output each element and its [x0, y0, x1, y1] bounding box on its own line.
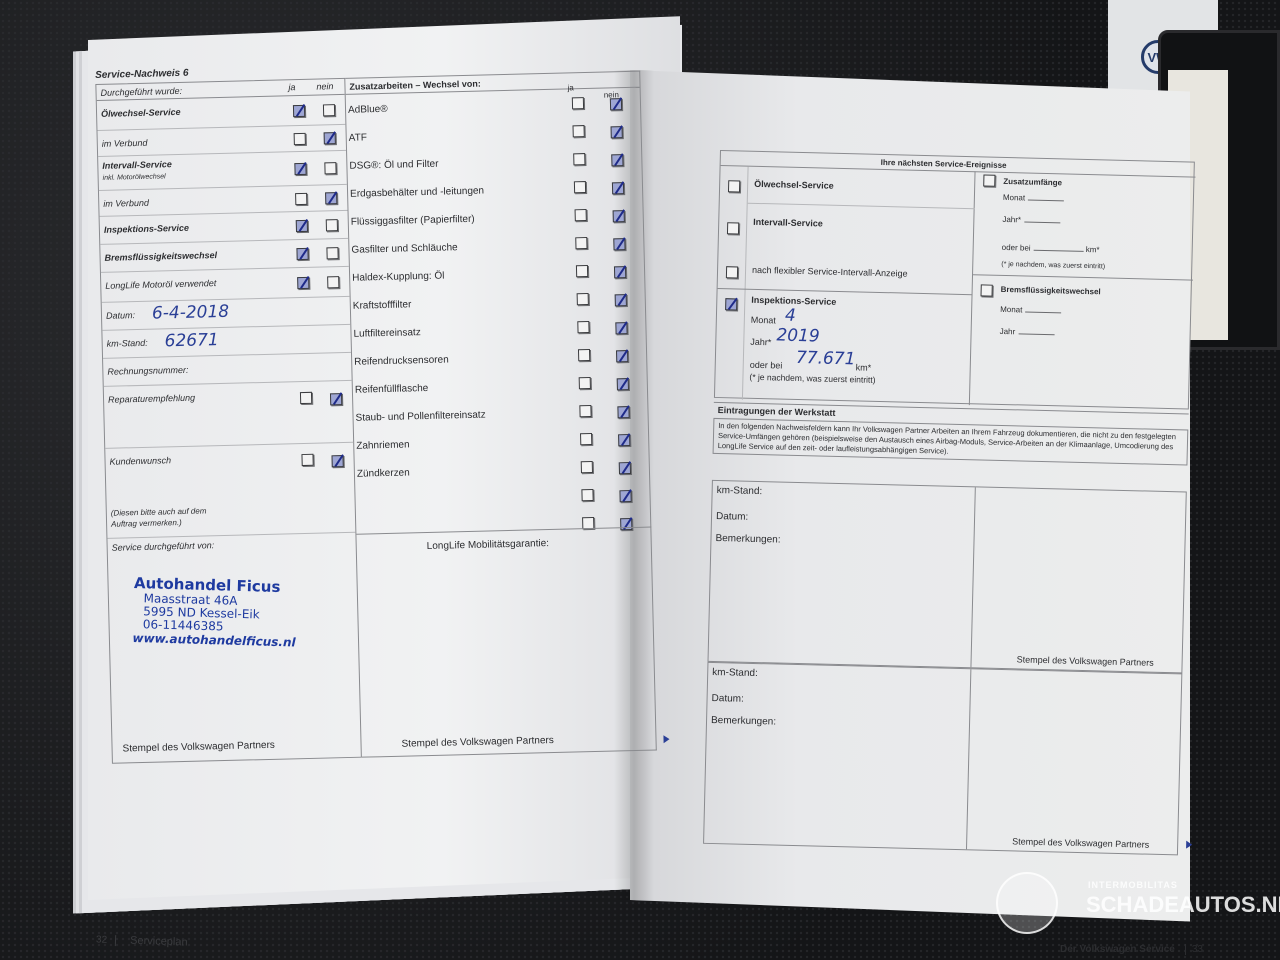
additional-work-label: Zündkerzen: [357, 467, 410, 479]
entry2-km-label: km-Stand:: [712, 667, 758, 679]
additional-work-label: DSG®: Öl und Filter: [349, 159, 438, 172]
ja-checkbox[interactable]: [574, 181, 586, 193]
watermark: INTERMOBILITAS SCHADEAUTOS.NL: [996, 872, 1280, 952]
km-label: km-Stand:: [107, 338, 148, 349]
entry-divider: [966, 669, 971, 849]
next-page-arrow-icon: [663, 735, 669, 743]
service-record-form: Service-Nachweis 6 Durchgeführt wurde: j…: [95, 57, 662, 760]
ja-checkbox[interactable]: [579, 377, 591, 389]
nein-checkbox[interactable]: [613, 210, 625, 222]
brake-month-text: Monat: [1000, 305, 1022, 315]
flexible-interval-label: nach flexibler Service-Intervall-Anzeige: [752, 265, 908, 279]
next-service-right: Zusatzumfänge Monat Jahr* oder bei km* (…: [970, 171, 1196, 410]
additional-work-label: Reifenfüllflasche: [355, 383, 429, 396]
entry2-date-label: Datum:: [711, 693, 743, 705]
nein-checkbox[interactable]: [614, 266, 626, 278]
ja-checkbox[interactable]: [575, 237, 587, 249]
nein-checkbox[interactable]: [323, 104, 335, 116]
footer-title-left: Serviceplan: [130, 935, 188, 949]
ja-checkbox[interactable]: [296, 248, 308, 260]
additional-work-column: Zusatzarbeiten – Wechsel von: ja nein Ad…: [345, 71, 657, 758]
ja-checkbox[interactable]: [293, 105, 305, 117]
ja-checkbox[interactable]: [578, 349, 590, 361]
next-service-left: Ölwechsel-Service Intervall-Service nach…: [715, 165, 976, 405]
ja-header: ja: [288, 82, 295, 92]
nein-checkbox[interactable]: [611, 154, 623, 166]
nein-checkbox[interactable]: [325, 192, 337, 204]
ja-checkbox[interactable]: [579, 405, 591, 417]
nein-checkbox[interactable]: [611, 126, 623, 138]
month-blank: [1028, 200, 1064, 202]
oil-change-checkbox[interactable]: [728, 180, 740, 192]
datum-handwritten: 6-4-2018: [152, 302, 230, 324]
entry1-km-label: km-Stand:: [717, 485, 763, 497]
ja-checkbox[interactable]: [296, 220, 308, 232]
additional-scope-label: Zusatzumfänge: [1003, 177, 1062, 187]
ja-checkbox[interactable]: [576, 265, 588, 277]
workshop-entry-1: km-Stand: Datum: Bemerkungen: Stempel de…: [707, 480, 1186, 674]
entry1-remarks-label: Bemerkungen:: [715, 533, 780, 546]
nein-checkbox[interactable]: [613, 238, 625, 250]
performed-services-column: Durchgeführt wurde: ja nein Ölwechsel-Se…: [95, 78, 362, 764]
service-row-label: Intervall-Service: [102, 159, 172, 171]
year-text: Jahr*: [1002, 215, 1021, 224]
repair-nein-checkbox[interactable]: [330, 393, 342, 405]
nein-checkbox[interactable]: [617, 406, 629, 418]
page-number-left: 32: [96, 934, 116, 946]
additional-work-label: ATF: [349, 132, 367, 143]
entry-divider: [970, 487, 975, 667]
ja-checkbox[interactable]: [297, 277, 309, 289]
nein-checkbox[interactable]: [615, 294, 627, 306]
additional-work-label: Kraftstofffilter: [353, 299, 412, 311]
nein-checkbox[interactable]: [324, 162, 336, 174]
stamp-caption: Stempel des Volkswagen Partners: [122, 740, 275, 755]
nein-checkbox[interactable]: [610, 98, 622, 110]
inspection-note: (* je nachdem, was zuerst eintritt): [749, 372, 875, 385]
watermark-brand: SCHADEAUTOS.NL: [1086, 892, 1280, 918]
service-row-label: LongLife Motoröl verwendet: [105, 278, 216, 291]
inspection-km-value: 77.671: [796, 348, 856, 369]
entry2-remarks-label: Bemerkungen:: [711, 715, 776, 728]
customer-nein-checkbox[interactable]: [331, 455, 343, 467]
datum-label: Datum:: [106, 310, 135, 321]
stamp-caption-2: Stempel des Volkswagen Partners: [401, 735, 554, 750]
divider: [973, 274, 1193, 280]
inspection-km-unit: km*: [856, 362, 872, 372]
brake-year-text: Jahr: [1000, 327, 1016, 336]
brake-year-blank: [1018, 333, 1054, 335]
ja-checkbox[interactable]: [577, 293, 589, 305]
repair-row: Reparaturempfehlung: [104, 381, 353, 449]
checkbox-gutter: [715, 166, 749, 400]
service-row-label: im Verbund: [102, 138, 148, 149]
divider: [748, 203, 975, 210]
repair-ja-checkbox[interactable]: [300, 392, 312, 404]
additional-work-label: Haldex-Kupplung: Öl: [352, 271, 445, 284]
additional-work-label: Gasfilter und Schläuche: [351, 242, 457, 256]
km-pre-text: oder bei: [1002, 243, 1031, 253]
flexible-interval-checkbox[interactable]: [726, 266, 738, 278]
additional-work-label: AdBlue®: [348, 104, 388, 116]
ja-checkbox[interactable]: [580, 433, 592, 445]
km-handwritten: 62671: [164, 330, 219, 351]
service-by-label: Service durchgeführt von:: [112, 540, 215, 553]
watermark-small-text: INTERMOBILITAS: [1088, 880, 1178, 890]
nein-checkbox[interactable]: [324, 132, 336, 144]
month-text: Monat: [1003, 193, 1025, 203]
ja-checkbox[interactable]: [581, 461, 593, 473]
customer-request-label: Kundenwunsch: [109, 455, 171, 467]
additional-year-label: Jahr*: [1002, 215, 1060, 225]
additional-km-label: oder bei km*: [1002, 243, 1100, 254]
ja-checkbox[interactable]: [294, 163, 306, 175]
km-unit-text: km*: [1086, 245, 1100, 254]
ja-checkbox[interactable]: [577, 321, 589, 333]
nein-checkbox[interactable]: [617, 378, 629, 390]
inspection-km-label: oder bei: [750, 360, 783, 371]
globe-icon: [996, 872, 1058, 934]
additional-work-title: Zusatzarbeiten – Wechsel von:: [349, 79, 481, 92]
invoice-label: Rechnungsnummer:: [107, 365, 188, 377]
inspection-month-label: Monat: [751, 315, 776, 326]
dealer-stamp: Autohandel Ficus Maasstraat 46A 5995 ND …: [132, 574, 297, 650]
next-service-box: Ihre nächsten Service-Ereignisse Ölwechs…: [714, 150, 1195, 410]
customer-request-row: Kundenwunsch (Diesen bitte auch auf dem …: [105, 443, 355, 539]
ja-checkbox[interactable]: [573, 153, 585, 165]
additional-note: (* je nachdem, was zuerst eintritt): [1001, 261, 1105, 271]
brake-month-blank: [1025, 312, 1061, 314]
inspection-checkbox[interactable]: [725, 298, 737, 310]
additional-work-label: Staub- und Pollenfiltereinsatz: [355, 410, 485, 424]
workshop-entry-2: km-Stand: Datum: Bemerkungen: Stempel de…: [703, 662, 1182, 856]
service-row-label: im Verbund: [103, 198, 149, 209]
service-row-sublabel: inkl. Motorölwechsel: [103, 173, 166, 182]
nein-checkbox[interactable]: [618, 434, 630, 446]
inspection-year-value: 2019: [776, 325, 820, 346]
ja-checkbox[interactable]: [581, 489, 593, 501]
entry2-stamp-caption: Stempel des Volkswagen Partners: [1012, 836, 1149, 849]
performed-label: Durchgeführt wurde:: [100, 86, 182, 98]
additional-month-label: Monat: [1003, 193, 1064, 203]
additional-work-label: Erdgasbehälter und -leitungen: [350, 186, 484, 200]
mobility-guarantee-label: LongLife Mobilitätsgarantie:: [427, 538, 550, 552]
brake-month-label: Monat: [1000, 305, 1061, 315]
nein-checkbox[interactable]: [326, 247, 338, 259]
brake-year-label: Jahr: [1000, 327, 1055, 337]
entry1-date-label: Datum:: [716, 511, 748, 523]
brake-fluid-label: Bremsflüssigkeitswechsel: [1001, 285, 1101, 296]
brake-fluid-checkbox[interactable]: [981, 284, 993, 296]
nein-header: nein: [316, 81, 333, 91]
customer-note-1: (Diesen bitte auch auf dem: [111, 506, 207, 517]
nein-checkbox[interactable]: [326, 219, 338, 231]
form-title: Service-Nachweis 6: [95, 68, 189, 81]
next-service-title: Ihre nächsten Service-Ereignisse: [881, 158, 1007, 170]
km-blank: [1034, 250, 1084, 252]
inspection-month-value: 4: [785, 306, 796, 326]
nein-checkbox[interactable]: [612, 182, 624, 194]
ja-checkbox[interactable]: [572, 125, 584, 137]
service-row-label: Bremsflüssigkeitswechsel: [104, 250, 217, 263]
nein-checkbox[interactable]: [619, 490, 631, 502]
additional-work-label: Luftfiltereinsatz: [353, 327, 421, 340]
ja-checkbox[interactable]: [294, 133, 306, 145]
service-by-area: Service durchgeführt von: Autohandel Fic…: [107, 533, 361, 769]
additional-work-label: Zahnriemen: [356, 439, 410, 451]
entry1-stamp-caption: Stempel des Volkswagen Partners: [1017, 654, 1154, 667]
nein-checkbox[interactable]: [619, 462, 631, 474]
customer-ja-checkbox[interactable]: [301, 454, 313, 466]
ja-checkbox[interactable]: [572, 97, 584, 109]
year-blank: [1024, 221, 1060, 223]
repair-label: Reparaturempfehlung: [108, 393, 195, 405]
interval-label: Intervall-Service: [753, 217, 823, 229]
nein-checkbox[interactable]: [327, 276, 339, 288]
ja-checkbox[interactable]: [575, 209, 587, 221]
additional-work-label: Reifendrucksensoren: [354, 354, 449, 367]
interval-checkbox[interactable]: [727, 222, 739, 234]
additional-scope-checkbox[interactable]: [983, 174, 995, 186]
next-page-arrow-icon: [1186, 841, 1192, 849]
customer-note-2: Auftrag vermerken.): [111, 518, 182, 529]
ja-checkbox[interactable]: [295, 193, 307, 205]
next-service-form: Ihre nächsten Service-Ereignisse Ölwechs…: [702, 150, 1199, 882]
service-row-label: Inspektions-Service: [104, 223, 189, 235]
nein-checkbox[interactable]: [616, 350, 628, 362]
oil-change-label: Ölwechsel-Service: [754, 179, 834, 191]
mobility-guarantee-box: LongLife Mobilitätsgarantie: Stempel des…: [356, 527, 656, 759]
additional-work-label: Flüssiggasfilter (Papierfilter): [351, 214, 475, 228]
nein-checkbox[interactable]: [615, 322, 627, 334]
inspection-year-label: Jahr*: [750, 337, 771, 348]
service-row-label: Ölwechsel-Service: [101, 107, 181, 119]
